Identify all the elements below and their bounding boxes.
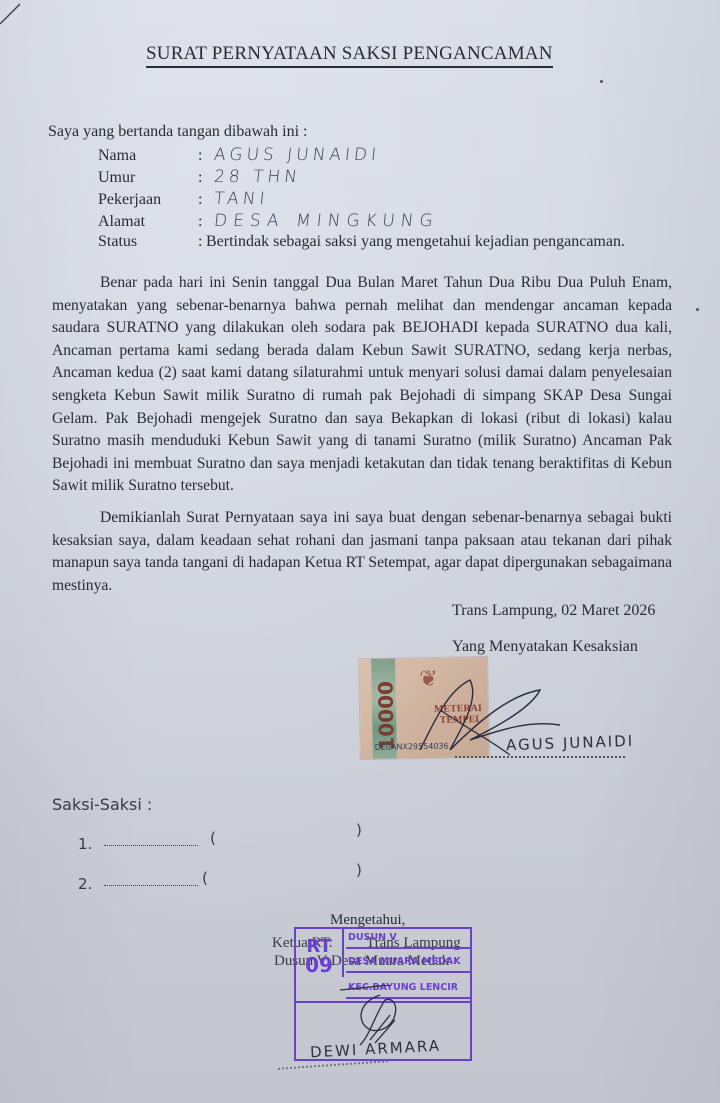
- field-colon: :: [198, 191, 214, 209]
- field-alamat: Alamat : DESA MINGKUNG: [98, 211, 439, 231]
- declarant-signature-line: [455, 756, 625, 758]
- witness-row-2: 2. ( ): [78, 875, 92, 893]
- declarant-signature-name: AGUS JUNAIDI: [506, 732, 635, 754]
- witness-paren-close: ): [356, 821, 362, 839]
- rt-signature-line: [278, 1060, 388, 1070]
- field-value-handwritten: 28 THN: [213, 167, 302, 187]
- rt-stamp-row2: DESA MUARA MEDAK: [346, 953, 470, 973]
- document-title: SURAT PERNYATAAN SAKSI PENGANCAMAN: [146, 43, 553, 68]
- field-label: Status: [98, 233, 198, 251]
- rt-stamp-row1: DUSUN V: [346, 929, 470, 949]
- speck: [696, 308, 699, 311]
- duty-stamp-value: 10000: [374, 681, 399, 751]
- place-date: Trans Lampung, 02 Maret 2026: [452, 602, 655, 620]
- closing-paragraph: Demikianlah Surat Pernyataan saya ini sa…: [52, 507, 672, 597]
- witness-paren-open: (: [210, 829, 216, 847]
- field-label: Alamat: [98, 213, 198, 231]
- field-umur: Umur : 28 THN: [98, 167, 301, 187]
- witness-dotted-line: [104, 885, 198, 886]
- pen-mark-icon: [0, 0, 30, 30]
- witness-row-1: 1. ( ): [78, 835, 92, 853]
- speck: [600, 80, 603, 83]
- witness-number: 2.: [78, 875, 92, 893]
- field-value-handwritten: DESA MINGKUNG: [213, 211, 440, 231]
- field-label: Pekerjaan: [98, 191, 198, 209]
- declarant-label: Yang Menyatakan Kesaksian: [452, 638, 638, 656]
- witness-paren-close: ): [356, 861, 362, 879]
- field-value-handwritten: TANI: [213, 189, 270, 209]
- field-value-handwritten: AGUS JUNAIDI: [213, 145, 381, 165]
- field-colon: :: [198, 147, 214, 165]
- field-value: Bertindak sebagai saksi yang mengetahui …: [206, 233, 625, 251]
- witness-number: 1.: [78, 835, 92, 853]
- field-colon: :: [198, 233, 206, 251]
- statement-paragraph: Benar pada hari ini Senin tanggal Dua Bu…: [52, 272, 672, 498]
- rt-stamp-number: RT 09: [296, 929, 344, 977]
- field-pekerjaan: Pekerjaan : TANI: [98, 189, 268, 209]
- witness-dotted-line: [104, 845, 198, 846]
- field-nama: Nama : AGUS JUNAIDI: [98, 145, 380, 165]
- field-label: Umur: [98, 169, 198, 187]
- rt-stamp-rt-number: 09: [296, 955, 342, 975]
- field-colon: :: [198, 169, 214, 187]
- field-label: Nama: [98, 147, 198, 165]
- field-colon: :: [198, 213, 214, 231]
- witnesses-title: Saksi-Saksi :: [52, 795, 152, 814]
- witness-paren-open: (: [202, 869, 208, 887]
- field-status: Status : Bertindak sebagai saksi yang me…: [98, 233, 625, 251]
- intro-text: Saya yang bertanda tangan dibawah ini :: [48, 123, 307, 141]
